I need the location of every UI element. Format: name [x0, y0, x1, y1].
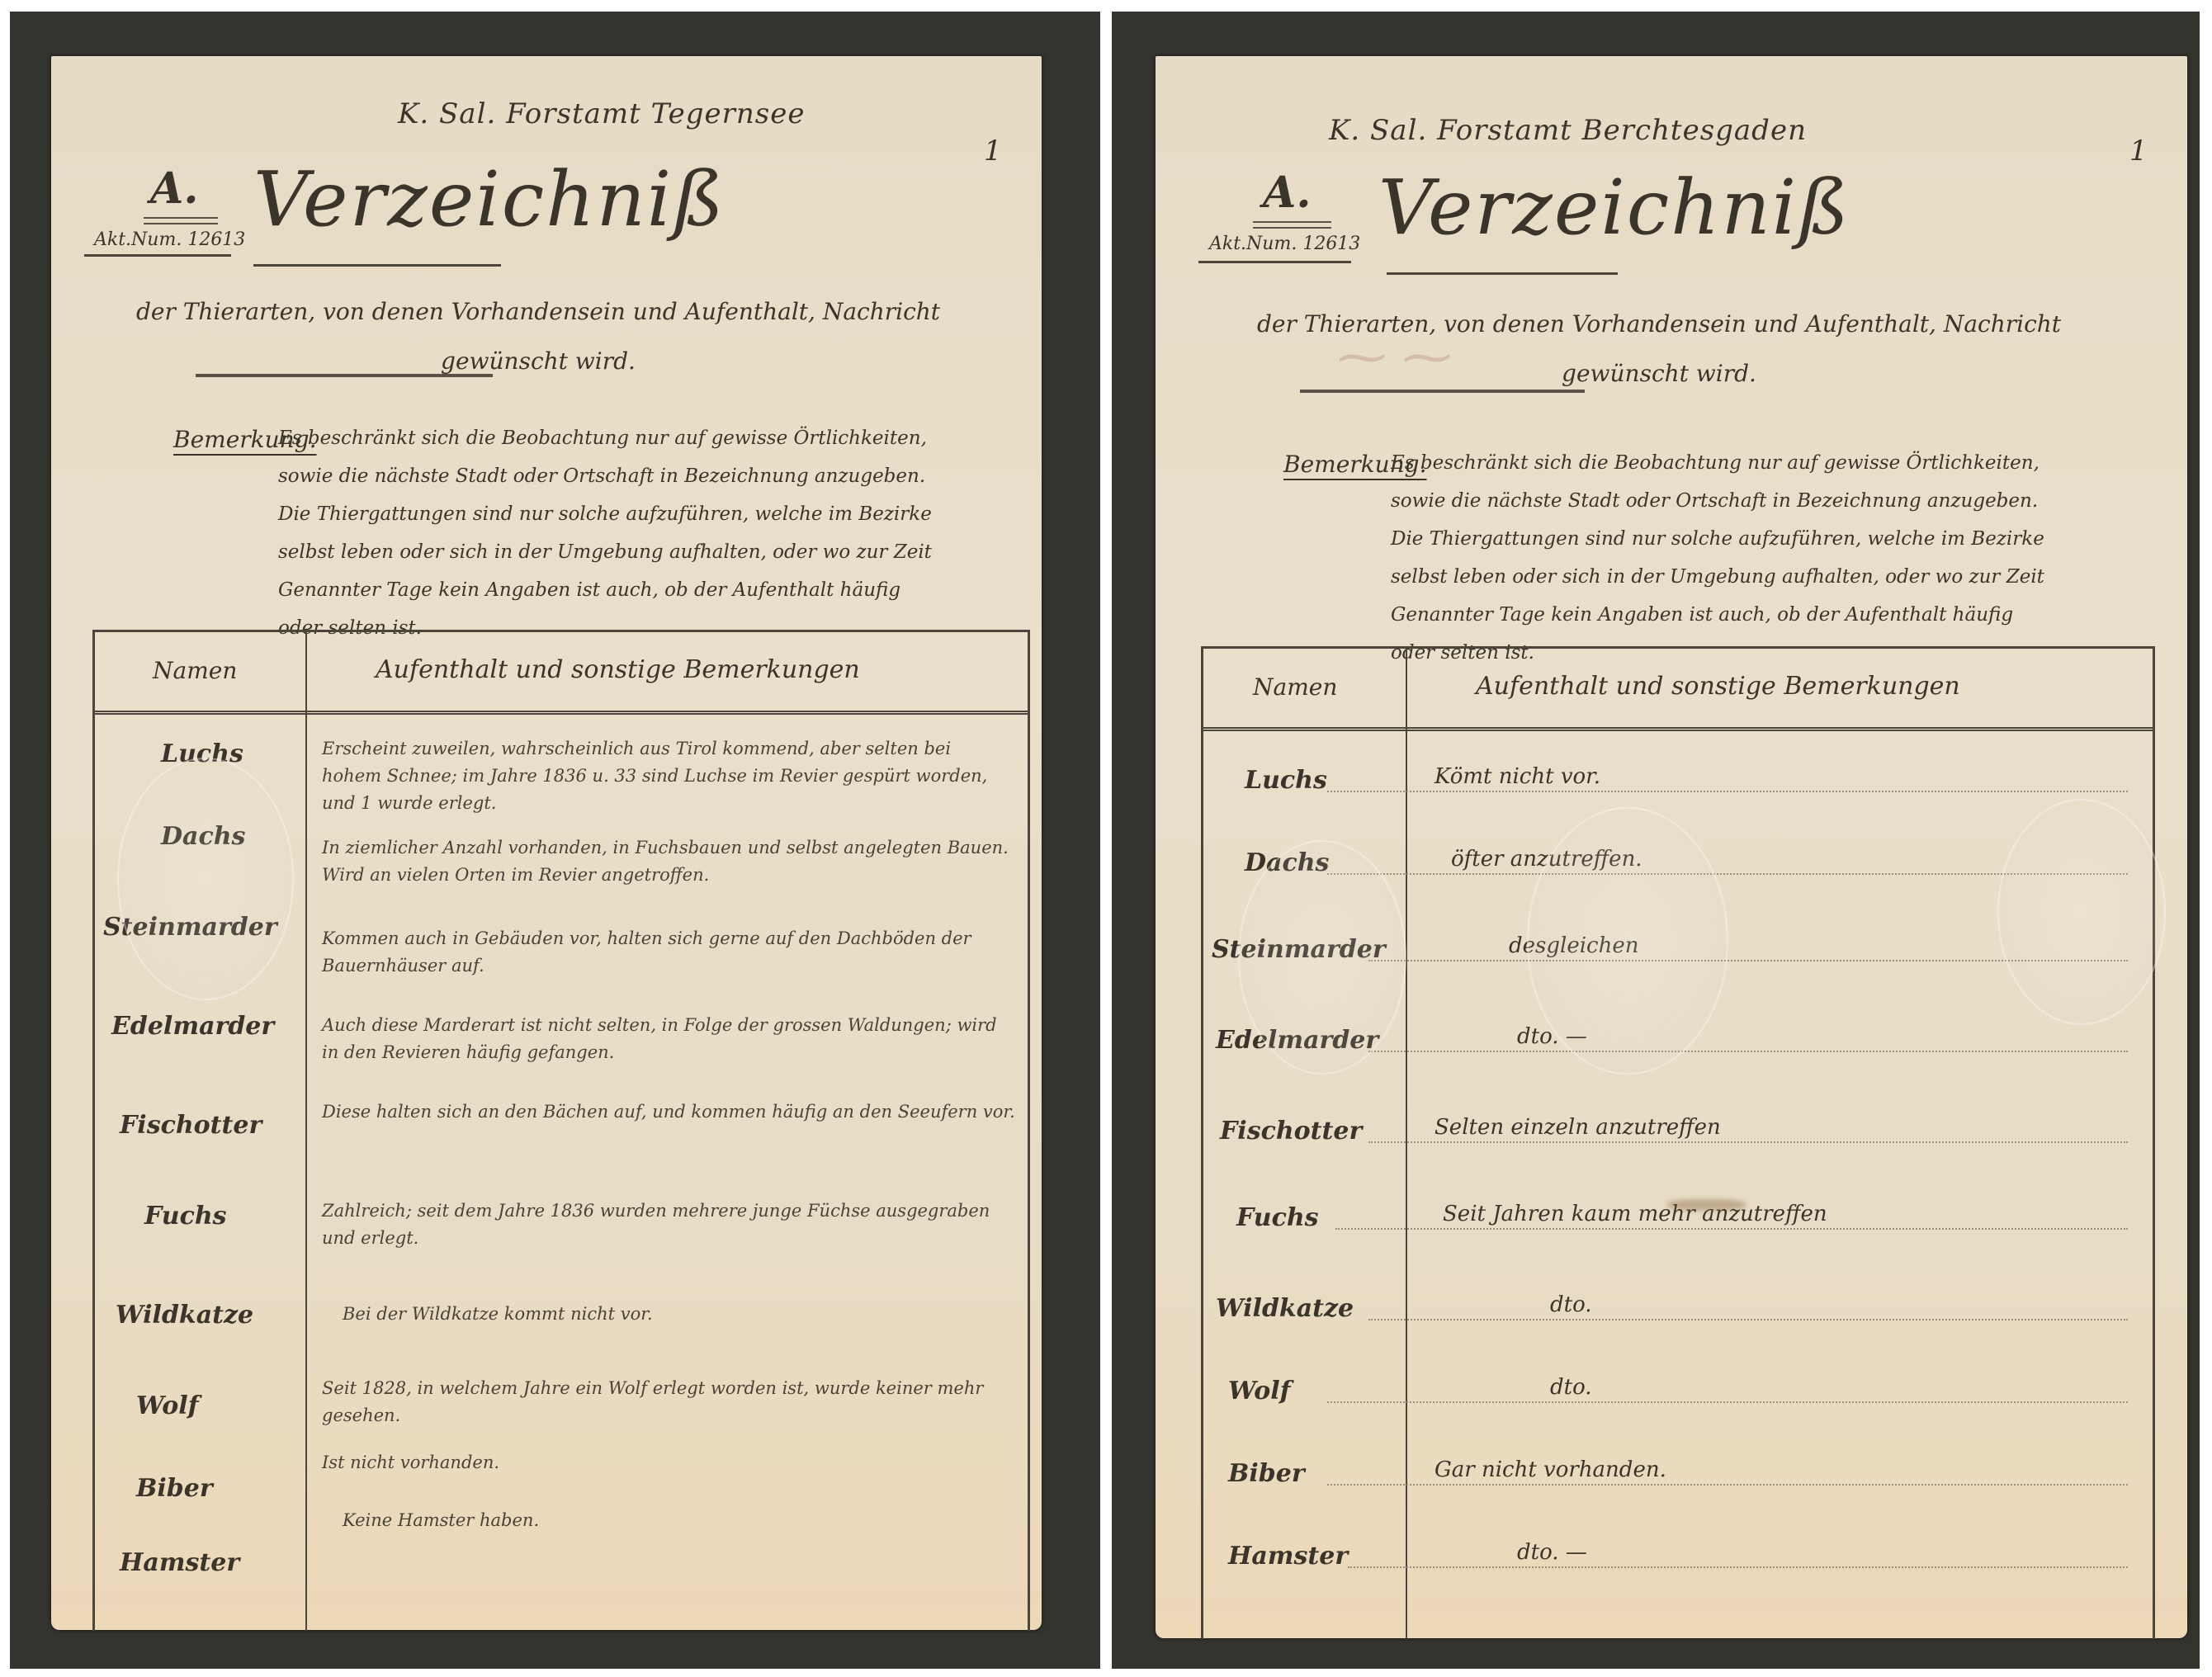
subtitle: der Thierarten, von denen Vorhandensein …: [1246, 300, 2072, 399]
header-name: Namen: [1253, 673, 1337, 701]
animal-name: Wolf: [1228, 1377, 1291, 1405]
animal-name: Fischotter: [1220, 1117, 1362, 1146]
remark-biber: Ist nicht vorhanden.: [322, 1449, 1015, 1476]
title-underline: [253, 264, 501, 267]
akt-underline: [84, 254, 231, 257]
letter-underline: [1253, 221, 1331, 229]
header-remarks: Aufenthalt und sonstige Bemerkungen: [376, 655, 860, 684]
title-underline: [1387, 272, 1618, 275]
remark-fuchs: Zahlreich; seit dem Jahre 1836 wurden me…: [322, 1198, 1015, 1252]
note-text: Es beschränkt sich die Beobachtung nur a…: [1391, 444, 2051, 672]
dotted-leader: [1327, 1401, 2128, 1403]
animal-name: Fischotter: [120, 1111, 262, 1140]
subtitle: der Thierarten, von denen Vorhandensein …: [125, 287, 951, 386]
form-letter: A.: [1263, 168, 1311, 218]
animal-name: Luchs: [1245, 766, 1327, 795]
dotted-leader: [1368, 1319, 2128, 1320]
remark-wildkatze: Bei der Wildkatze kommt nicht vor.: [343, 1301, 1019, 1328]
dotted-leader: [1327, 791, 2128, 792]
document-title: Verzeichniß: [1378, 163, 1850, 252]
photo-right-document: ⁓ ⁓ K. Sal. Forstamt Berchtesgaden 1 A. …: [1112, 12, 2200, 1669]
animal-remark: dto.: [1550, 1292, 1592, 1317]
table-row: Hamster dto. —: [1203, 1532, 2153, 1623]
letter-underline: [144, 217, 218, 224]
remark-luchs: Erscheint zuweilen, wahrscheinlich aus T…: [322, 735, 1015, 817]
embossed-seal: [1527, 807, 1728, 1075]
animal-name: Biber: [1228, 1459, 1305, 1488]
embossed-seal: [117, 758, 294, 1000]
subtitle-line-1: der Thierarten, von denen Vorhandensein …: [125, 287, 951, 337]
photo-left-document: K. Sal. Forstamt Tegernsee 1 A. Akt.Num.…: [10, 12, 1100, 1669]
ink-stain: [1667, 1199, 1746, 1211]
page-number: 1: [2129, 135, 2148, 168]
akt-underline: [1198, 261, 1351, 263]
dotted-leader: [1368, 1051, 2128, 1052]
form-letter: A.: [150, 163, 198, 214]
dotted-leader: [1348, 1566, 2128, 1568]
table-row: Fischotter Selten einzeln anzutreffen: [1203, 1107, 2153, 1198]
header-remarks: Aufenthalt und sonstige Bemerkungen: [1476, 672, 1960, 701]
table-row: Wildkatze dto.: [1203, 1284, 2153, 1375]
remark-hamster: Keine Hamster haben.: [343, 1507, 1019, 1534]
embossed-seal: [1238, 840, 1406, 1075]
animal-name: Wildkatze: [1216, 1294, 1354, 1323]
animal-remark: Kömt nicht vor.: [1434, 764, 1600, 789]
dotted-leader: [1368, 1141, 2128, 1143]
animal-table: Namen Aufenthalt und sonstige Bemerkunge…: [1201, 646, 2155, 1639]
akt-number: Akt.Num. 12613: [1209, 234, 1360, 254]
dotted-leader: [1327, 1484, 2128, 1486]
remark-wolf: Seit 1828, in welchem Jahre ein Wolf erl…: [322, 1375, 1015, 1429]
animal-name: Edelmarder: [111, 1012, 274, 1041]
akt-number: Akt.Num. 12613: [94, 229, 245, 250]
animal-remark: Seit Jahren kaum mehr anzutreffen: [1443, 1202, 1827, 1226]
header-name: Namen: [153, 657, 237, 684]
remark-dachs: In ziemlicher Anzahl vorhanden, in Fuchs…: [322, 834, 1015, 889]
table-row: Hamster: [95, 1532, 1028, 1623]
animal-remark: dto. —: [1517, 1540, 1587, 1565]
animal-name: Biber: [136, 1474, 213, 1503]
remark-edelmarder: Auch diese Marderart ist nicht selten, i…: [322, 1012, 1015, 1066]
note-text: Es beschränkt sich die Beobachtung nur a…: [278, 419, 938, 647]
paper-sheet: ⁓ ⁓ K. Sal. Forstamt Berchtesgaden 1 A. …: [1156, 56, 2187, 1638]
subtitle-line-2: gewünscht wird.: [125, 337, 951, 386]
office-heading: K. Sal. Forstamt Berchtesgaden: [1329, 114, 1807, 147]
table-header: Namen Aufenthalt und sonstige Bemerkunge…: [95, 632, 1028, 715]
embossed-seal: [1997, 799, 2166, 1025]
subtitle-line-1: der Thierarten, von denen Vorhandensein …: [1246, 300, 2072, 349]
animal-name: Fuchs: [144, 1202, 227, 1231]
animal-remark: Selten einzeln anzutreffen: [1434, 1115, 1721, 1140]
remark-fischotter: Diese halten sich an den Bächen auf, und…: [322, 1098, 1015, 1126]
remark-steinmarder: Kommen auch in Gebäuden vor, halten sich…: [322, 925, 1015, 980]
animal-remark: Gar nicht vorhanden.: [1434, 1457, 1666, 1482]
document-title: Verzeichniß: [253, 155, 726, 243]
page-number: 1: [984, 135, 1002, 168]
table-header: Namen Aufenthalt und sonstige Bemerkunge…: [1203, 649, 2153, 731]
office-heading: K. Sal. Forstamt Tegernsee: [398, 97, 806, 130]
animal-name: Hamster: [120, 1548, 239, 1577]
animal-name: Wolf: [136, 1391, 199, 1420]
subtitle-rule: [196, 374, 493, 377]
animal-name: Fuchs: [1236, 1203, 1319, 1232]
table-row: Biber Gar nicht vorhanden.: [1203, 1449, 2153, 1540]
table-row: Wildkatze: [95, 1284, 1028, 1375]
dotted-leader: [1335, 1228, 2128, 1230]
animal-name: Wildkatze: [116, 1301, 253, 1330]
animal-remark: dto.: [1550, 1375, 1592, 1400]
animal-name: Hamster: [1228, 1542, 1348, 1571]
subtitle-rule: [1300, 390, 1585, 393]
paper-sheet: K. Sal. Forstamt Tegernsee 1 A. Akt.Num.…: [51, 56, 1042, 1630]
table-row: Wolf dto.: [1203, 1367, 2153, 1457]
